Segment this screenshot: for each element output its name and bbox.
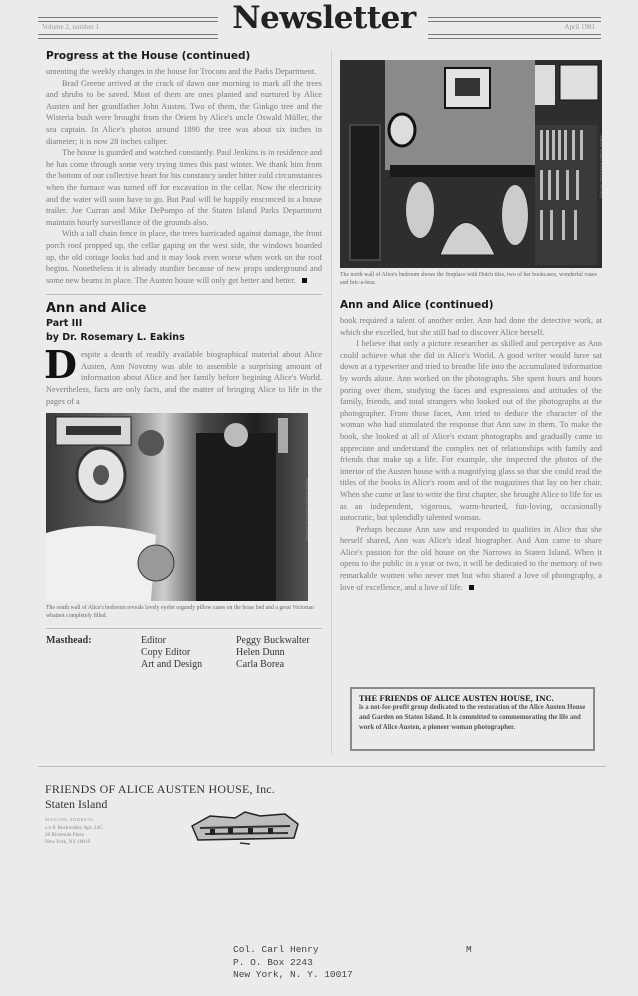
organization-city: Staten Island <box>45 797 107 812</box>
section-divider <box>46 628 322 629</box>
photo-caption: The south wall of Alice's bedroom reveal… <box>46 604 322 620</box>
masthead-role: Copy Editor <box>141 647 236 658</box>
mailing-line: 20 Riverside Plaza <box>45 832 103 839</box>
progress-article: umenting the weekly changes in the house… <box>46 66 322 286</box>
newsletter-header: Volume 2, number 1 Newsletter April 1981 <box>38 6 601 42</box>
house-sketch-icon <box>190 808 300 846</box>
mailing-line: New York, NY 10019 <box>45 839 103 846</box>
masthead-person: Carla Borea <box>236 659 322 670</box>
paragraph: Perhaps because Ann saw and responded to… <box>340 524 602 594</box>
issue-date: April 1981 <box>564 23 595 31</box>
bedroom-south-wall-photo: Staten Island Historical Society <box>46 413 308 601</box>
continued-heading: Ann and Alice (continued) <box>340 299 602 311</box>
article-byline: by Dr. Rosemary L. Eakins <box>46 332 322 343</box>
bedroom-north-wall-photo: Staten Island Historical Society <box>340 60 602 268</box>
end-mark-icon <box>469 585 474 590</box>
addressee-line: P. O. Box 2243 <box>233 957 353 970</box>
photo-credit: Staten Island Historical Society <box>304 478 308 541</box>
end-mark-icon <box>302 278 307 283</box>
progress-heading: Progress at the House (continued) <box>46 50 322 62</box>
masthead-credits: Masthead: Editor Peggy Buckwalter Copy E… <box>46 635 322 670</box>
newsletter-title: Newsletter <box>224 0 424 36</box>
article-part: Part III <box>46 318 322 329</box>
paragraph: Brad Greene arrived at the crack of dawn… <box>46 78 322 148</box>
photo-credit: Staten Island Historical Society <box>598 135 602 198</box>
header-rule <box>38 34 218 39</box>
paragraph: I believe that only a picture researcher… <box>340 338 602 524</box>
continued-article: book required a talent of another order.… <box>340 315 602 593</box>
photo-illustration <box>46 413 308 601</box>
paragraph: The house is guarded and watched constan… <box>46 147 322 228</box>
section-divider <box>46 294 322 295</box>
paragraph: umenting the weekly changes in the house… <box>46 66 322 78</box>
footer-divider <box>38 766 606 767</box>
photo-caption: The north wall of Alice's bedroom shows … <box>340 271 602 287</box>
drop-cap: D <box>44 349 77 381</box>
mailing-line: c/o P. Buckwalter, Apt. 24G <box>45 825 103 832</box>
paragraph-text: With a tall chain fence in place, the tr… <box>46 229 322 284</box>
masthead-person: Helen Dunn <box>236 647 322 658</box>
left-column: Progress at the House (continued) umenti… <box>46 50 322 670</box>
mailing-address-label: MAILING ADDRESS: <box>45 817 95 822</box>
organization-name: FRIENDS OF ALICE AUSTEN HOUSE, Inc. <box>45 782 275 797</box>
friends-box-body: is a not-for-profit group dedicated to t… <box>359 703 586 733</box>
header-rule <box>428 17 601 22</box>
masthead-label: Masthead: <box>46 635 141 646</box>
intro-text: espite a dearth of readily available bio… <box>46 350 322 405</box>
paragraph-text: Perhaps because Ann saw and responded to… <box>340 525 602 592</box>
volume-number: Volume 2, number 1 <box>42 23 99 31</box>
right-column: Staten Island Historical Society The nor… <box>340 60 602 593</box>
mailing-address: c/o P. Buckwalter, Apt. 24G 20 Riverside… <box>45 825 103 846</box>
friends-box-heading: THE FRIENDS OF ALICE AUSTEN HOUSE, INC. <box>359 694 586 703</box>
column-divider <box>331 50 332 755</box>
addressee-code: M <box>466 944 472 955</box>
header-rule <box>428 34 601 39</box>
addressee-line: New York, N. Y. 10017 <box>233 969 353 982</box>
newsletter-page: Volume 2, number 1 Newsletter April 1981… <box>0 0 638 996</box>
masthead-role: Editor <box>141 635 236 646</box>
photo-illustration <box>340 60 602 268</box>
addressee-line: Col. Carl Henry <box>233 944 353 957</box>
header-rule <box>38 17 218 22</box>
masthead-role: Art and Design <box>141 659 236 670</box>
addressee-label: Col. Carl Henry P. O. Box 2243 New York,… <box>233 944 353 982</box>
masthead-person: Peggy Buckwalter <box>236 635 322 646</box>
paragraph: book required a talent of another order.… <box>340 315 602 338</box>
friends-info-box: THE FRIENDS OF ALICE AUSTEN HOUSE, INC. … <box>350 687 595 751</box>
paragraph: With a tall chain fence in place, the tr… <box>46 228 322 286</box>
article-title: Ann and Alice <box>46 301 322 316</box>
article-intro: D espite a dearth of readily available b… <box>46 349 322 407</box>
